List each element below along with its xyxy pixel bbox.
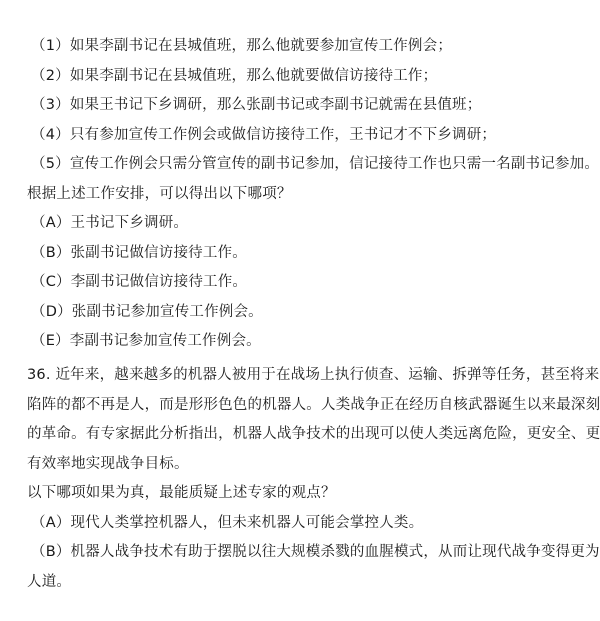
condition-4: （4）只有参加宣传工作例会或做信访接待工作，王书记才不下乡调研； bbox=[31, 126, 496, 144]
option-35-a: （A）王书记下乡调研。 bbox=[31, 214, 188, 232]
stem-36-line-3: 的革命。有专家据此分析指出，机器人战争技术的出现可以使人类远离危险，更安全、更 bbox=[27, 425, 600, 443]
stem-36-line-2: 陷阵的都不再是人，而是形形色色的机器人。人类战争正在经历自核武器诞生以来最深刻 bbox=[27, 396, 600, 414]
option-35-e: （E）李副书记参加宣传工作例会。 bbox=[31, 332, 261, 350]
option-35-d: （D）张副书记参加宣传工作例会。 bbox=[31, 303, 263, 321]
option-35-b: （B）张副书记做信访接待工作。 bbox=[31, 244, 247, 262]
condition-5: （5）宣传工作例会只需分管宣传的副书记参加，信记接待工作也只需一名副书记参加。 bbox=[31, 155, 599, 173]
stem-36-line-1: 36. 近年来，越来越多的机器人被用于在战场上执行侦查、运输、拆弹等任务，甚至将… bbox=[27, 366, 599, 384]
condition-1: （1）如果李副书记在县城值班，那么他就要参加宣传工作例会； bbox=[31, 37, 452, 55]
option-36-b: （B）机器人战争技术有助于摆脱以往大规模杀戮的血腥模式，从而让现代战争变得更为 bbox=[31, 543, 600, 561]
option-36-a: （A）现代人类掌控机器人，但未来机器人可能会掌控人类。 bbox=[31, 514, 423, 532]
question-35: 根据上述工作安排，可以得出以下哪项？ bbox=[27, 185, 292, 203]
condition-2: （2）如果李副书记在县城值班，那么他就要做信访接待工作； bbox=[31, 67, 437, 85]
condition-3: （3）如果王书记下乡调研，那么张副书记或李副书记就需在县值班； bbox=[31, 96, 481, 114]
option-35-c: （C）李副书记做信访接待工作。 bbox=[31, 273, 247, 291]
option-36-b-cont: 人道。 bbox=[27, 573, 71, 591]
stem-36-line-4: 有效率地实现战争目标。 bbox=[27, 455, 189, 473]
question-36: 以下哪项如果为真，最能质疑上述专家的观点？ bbox=[27, 484, 336, 502]
